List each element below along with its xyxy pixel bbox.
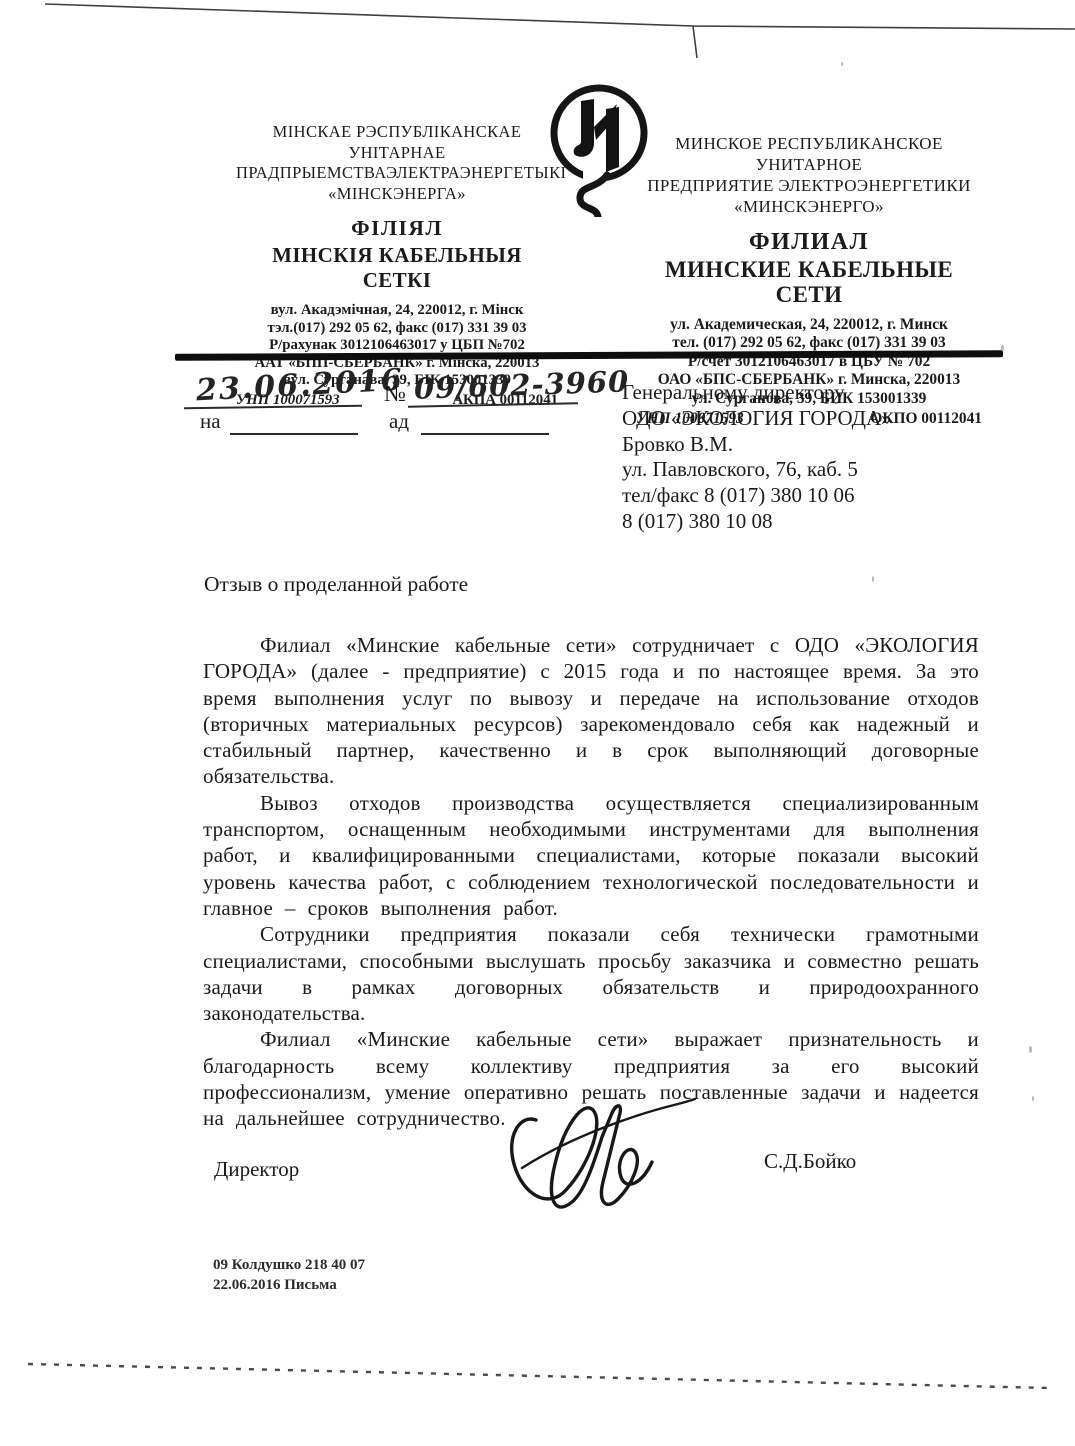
executor-line: 09 Колдушко 218 40 07 [213,1256,365,1276]
org-name-line: МИНСКОЕ РЕСПУБЛИКАНСКОЕ УНИТАРНОЕ [636,133,982,175]
scan-speckle [872,576,874,582]
ad-underline [421,433,549,435]
branch-title: ФІЛІЯЛ [236,216,558,240]
recipient-block: Генеральному директору ОДО «ЭКОЛОГИЯ ГОР… [622,380,892,535]
org-name-line: «МІНСКЭНЕРГА» [236,184,558,205]
na-underline [230,433,358,435]
ad-label: ад [389,409,409,434]
scan-edge-artifact [0,0,1075,70]
scan-speckle [841,62,843,66]
recipient-line: 8 (017) 380 10 08 [622,509,892,535]
paragraph: Филиал «Минские кабельные сети» сотрудни… [203,632,979,790]
address-line: вул. Акадэмічная, 24, 220012, г. Мінск [236,302,558,320]
scan-speckle [1032,1096,1034,1101]
recipient-line: ул. Павловского, 76, каб. 5 [622,457,892,483]
org-name-line: «МИНСКЭНЕРГО» [636,196,982,217]
na-label: на [200,409,221,434]
executor-line: 22.06.2016 Письма [213,1276,365,1296]
recipient-line: Генеральному директору [622,380,892,406]
letter-subject: Отзыв о проделанной работе [204,572,468,597]
bottom-dashed-line [0,1350,1075,1410]
handwritten-outgoing-number: 09/602-3960 [413,364,629,405]
scanned-letter-page: МІНСКАЕ РЭСПУБЛІКАНСКАЕ УНІТАРНАЕ ПРАДПР… [0,0,1075,1446]
number-sign: № [384,381,406,407]
org-name-line: ПРЕДПРИЯТИЕ ЭЛЕКТРОЭНЕРГЕТИКИ [636,175,982,196]
address-line: тэл.(017) 292 05 62, факс (017) 331 39 0… [236,320,558,338]
recipient-line: ОДО «ЭКОЛОГИЯ ГОРОДА» [622,406,892,432]
executor-note: 09 Колдушко 218 40 07 22.06.2016 Письма [213,1256,365,1295]
recipient-line: тел/факс 8 (017) 380 10 06 [622,483,892,509]
signer-name: С.Д.Бойко [764,1149,856,1174]
letter-body: Филиал «Минские кабельные сети» сотрудни… [203,632,979,1132]
scan-speckle [1029,1046,1032,1053]
paragraph: Сотрудники предприятия показали себя тех… [203,921,979,1026]
recipient-line: Бровко В.М. [622,432,892,458]
org-name-line: МІНСКАЕ РЭСПУБЛІКАНСКАЕ УНІТАРНАЕ [236,122,558,163]
branch-title: ФИЛИАЛ [636,230,982,254]
address-line: ул. Академическая, 24, 220012, г. Минск [636,316,982,334]
branch-name: МІНСКІЯ КАБЕЛЬНЫЯ СЕТКІ [236,243,558,293]
signer-role: Директор [214,1157,299,1182]
handwritten-signature [492,1080,702,1230]
scan-speckle [1001,345,1004,351]
org-name-line: ПРАДПРЫЕМСТВАЭЛЕКТРАЭНЕРГЕТЫКІ [236,163,558,184]
paragraph: Вывоз отходов производства осуществляетс… [203,790,979,921]
branch-name: МИНСКИЕ КАБЕЛЬНЫЕ СЕТИ [636,257,982,307]
